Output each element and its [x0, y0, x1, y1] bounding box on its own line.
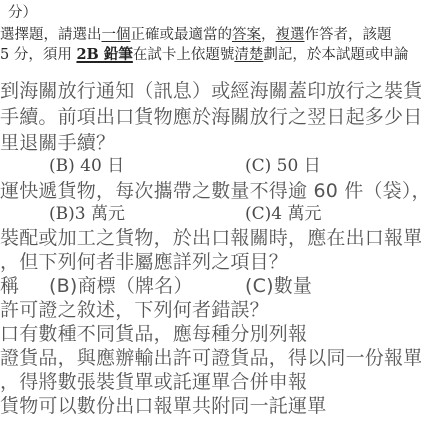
- question-2-option-b: (B)3 萬元: [49, 206, 125, 223]
- question-4-line-1: 許可證之敘述，下列何者錯誤？: [0, 301, 269, 320]
- instruction-text: ，: [261, 27, 276, 43]
- question-3-option-c: (C)數量: [245, 277, 312, 296]
- question-2-option-c: (C)4 萬元: [245, 206, 322, 223]
- instruction-text: 作答者，該題: [305, 27, 392, 43]
- question-1-option-b: (B) 40 日: [49, 158, 124, 175]
- question-3-option-b: (B)商標（牌名）: [49, 277, 193, 296]
- question-1-line-3: 里退關手續？: [0, 134, 115, 153]
- question-1-option-c: (C) 50 日: [245, 158, 321, 175]
- instruction-text: 選擇題，請選出: [0, 27, 102, 43]
- question-4-option-a: 口有數種不同貨品，應每種分別列報: [0, 325, 307, 344]
- question-4-option-d: 貨物可以數份出口報單共附同一託運單: [0, 397, 326, 416]
- exam-page: 分） 選擇題，請選出一個正確或最適當的答案，複選作答者，該題 5 分，須用 2B…: [0, 0, 421, 421]
- instruction-text: 劃記，於本試題或申論: [263, 47, 408, 63]
- question-3-option-a: 稱: [0, 277, 19, 296]
- question-3-line-2: ，但下列何者非屬應詳列之項目？: [0, 253, 288, 272]
- section-header-score: 分）: [8, 6, 37, 21]
- question-3-line-1: 裝配或加工之貨物，於出口報關時，應在出口報單上詳: [0, 229, 421, 248]
- instruction-line-1: 選擇題，請選出一個正確或最適當的答案，複選作答者，該題: [0, 28, 392, 43]
- underlined-multiple: 複選: [276, 27, 305, 43]
- instruction-text: 在試卡上依題號: [133, 47, 235, 63]
- instruction-line-2: 5 分，須用 2B 鉛筆在試卡上依題號清楚劃記，於本試題或申論: [0, 48, 408, 63]
- underlined-clearly: 清楚: [234, 47, 263, 63]
- underlined-answer: 答案: [232, 27, 261, 43]
- question-2-line-1: 運快遞貨物，每次攜帶之數量不得逾 60 件（袋），合計: [0, 182, 421, 201]
- instruction-text: 5 分，須用: [0, 47, 76, 63]
- question-4-option-b: 證貨品，與應辦輸出許可證貨品，得以同一份報單申報: [0, 349, 421, 368]
- question-4-option-c: ，得將數張裝貨單或託運單合併申報: [0, 373, 307, 392]
- question-1-line-2: 手續。前項出口貨物應於海關放行之翌日起多少日內裝: [0, 108, 421, 127]
- underlined-2b-pencil: 2B 鉛筆: [76, 46, 132, 63]
- underlined-one: 一個: [102, 27, 131, 43]
- instruction-text: 正確或最適當的: [131, 27, 233, 43]
- question-1-line-1: 到海關放行通知（訊息）或經海關蓋印放行之裝貨單或: [0, 82, 421, 101]
